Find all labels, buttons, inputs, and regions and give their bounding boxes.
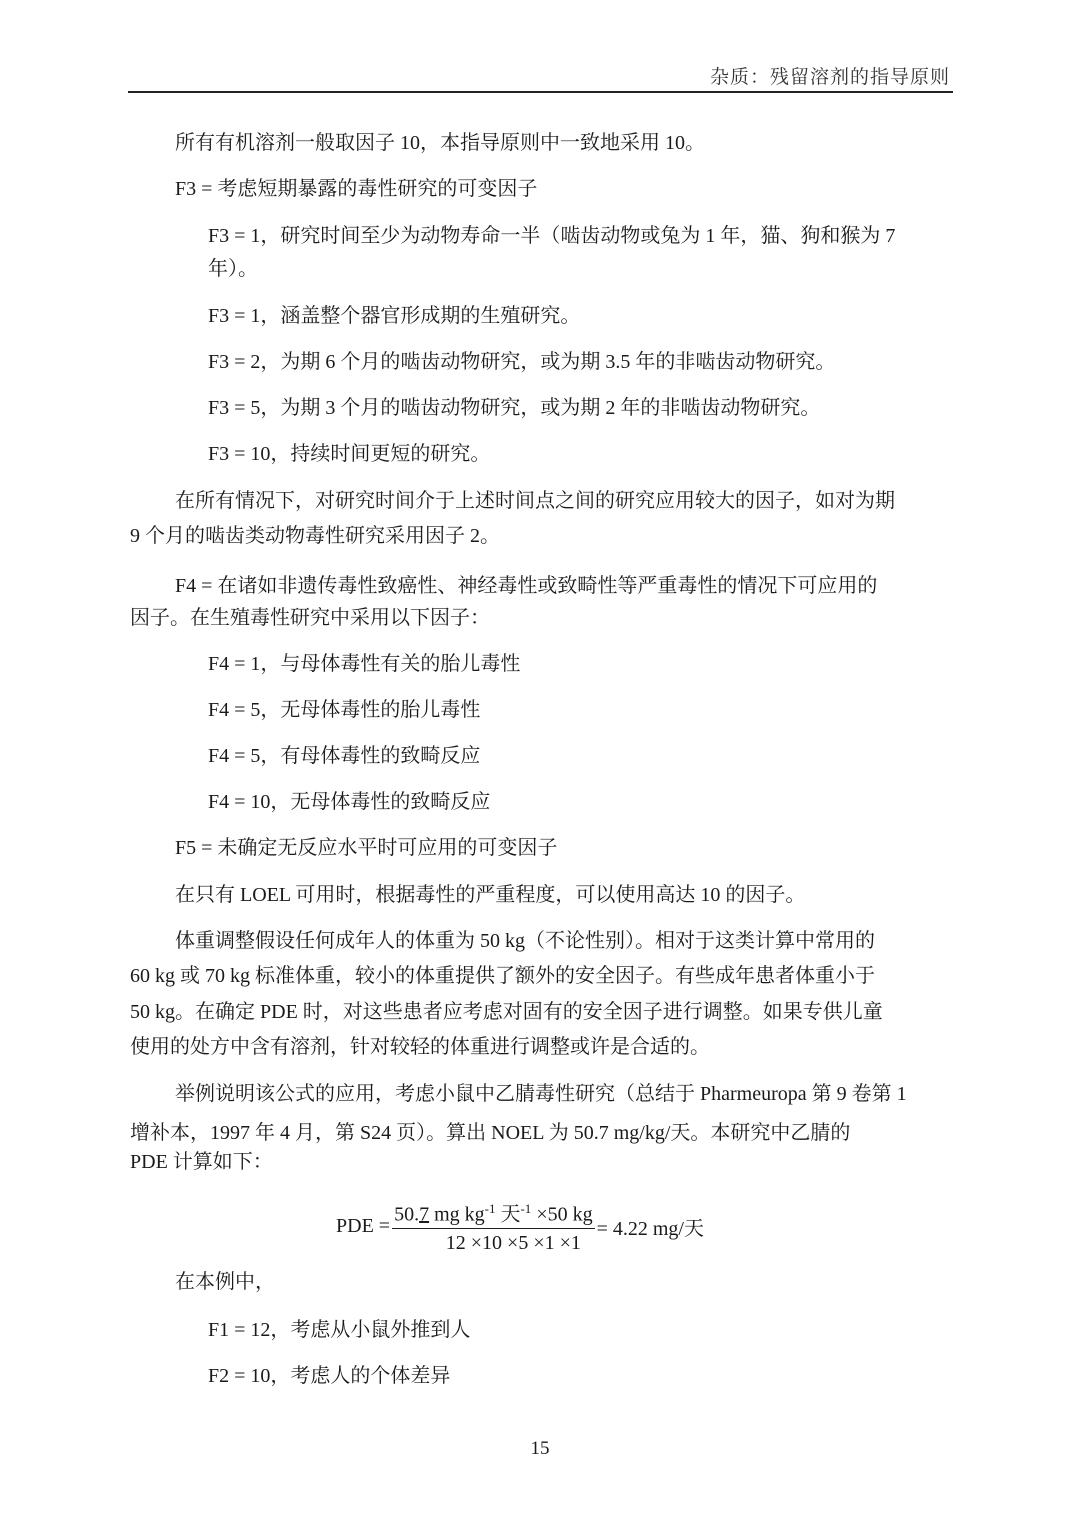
formula-fraction: 50.7 mg kg-1 天-1 ×50 kg 12 ×10 ×5 ×1 ×1	[392, 1196, 595, 1257]
text-line: 在只有 LOEL 可用时，根据毒性的严重程度，可以使用高达 10 的因子。	[175, 877, 805, 913]
formula-numerator: 50.7 mg kg-1 天-1 ×50 kg	[392, 1196, 595, 1230]
text-line: 因子。在生殖毒性研究中采用以下因子：	[130, 600, 490, 636]
header-divider	[128, 91, 953, 93]
text-line: F3 = 1，涵盖整个器官形成期的生殖研究。	[208, 298, 580, 334]
text-line: 在本例中，	[175, 1264, 275, 1300]
text-line: 9 个月的啮齿类动物毒性研究采用因子 2。	[130, 518, 500, 554]
numerator-exp2: -1	[520, 1201, 531, 1216]
text-line: F1 = 12，考虑从小鼠外推到人	[208, 1312, 470, 1348]
text-line: F4 = 5，有母体毒性的致畸反应	[208, 738, 480, 774]
text-line: F5 = 未确定无反应水平时可应用的可变因子	[175, 830, 557, 866]
numerator-weight: ×50 kg	[531, 1203, 592, 1225]
text-line: PDE 计算如下：	[130, 1144, 273, 1180]
text-line: 体重调整假设任何成年人的体重为 50 kg（不论性别）。相对于这类计算中常用的	[175, 923, 875, 959]
formula-result: = 4.22 mg/天	[597, 1212, 704, 1241]
text-line: F4 = 10，无母体毒性的致畸反应	[208, 784, 490, 820]
numerator-unit-mgkg: mg kg	[429, 1203, 485, 1225]
numerator-unit-day: 天	[495, 1203, 520, 1225]
text-line: F3 = 考虑短期暴露的毒性研究的可变因子	[175, 171, 537, 207]
text-line: 举例说明该公式的应用，考虑小鼠中乙腈毒性研究（总结于 Pharmeuropa 第…	[175, 1076, 907, 1112]
text-line: 年）。	[208, 251, 258, 287]
text-line: 50 kg。在确定 PDE 时，对这些患者应考虑对固有的安全因子进行调整。如果专…	[130, 994, 883, 1030]
text-line: F3 = 1，研究时间至少为动物寿命一半（啮齿动物或兔为 1 年，猫、狗和猴为 …	[208, 218, 895, 254]
text-line: F4 = 在诸如非遗传毒性致癌性、神经毒性或致畸性等严重毒性的情况下可应用的	[175, 568, 877, 604]
text-line: F2 = 10，考虑人的个体差异	[208, 1358, 450, 1394]
formula-lhs: PDE =	[336, 1215, 390, 1238]
numerator-value-dec: 7	[419, 1203, 429, 1225]
text-line: F3 = 2，为期 6 个月的啮齿动物研究，或为期 3.5 年的非啮齿动物研究。	[208, 344, 835, 380]
text-line: F3 = 5，为期 3 个月的啮齿动物研究，或为期 2 年的非啮齿动物研究。	[208, 390, 820, 426]
text-line: F4 = 5，无母体毒性的胎儿毒性	[208, 692, 480, 728]
numerator-exp1: -1	[485, 1201, 496, 1216]
formula-denominator: 12 ×10 ×5 ×1 ×1	[406, 1229, 581, 1256]
text-line: 60 kg 或 70 kg 标准体重，较小的体重提供了额外的安全因子。有些成年患…	[130, 958, 875, 994]
page-number: 15	[0, 1438, 1080, 1460]
text-line: F3 = 10，持续时间更短的研究。	[208, 436, 490, 472]
running-header-title: 杂质：残留溶剂的指导原则	[710, 62, 950, 89]
text-line: 所有有机溶剂一般取因子 10，本指导原则中一致地采用 10。	[175, 125, 705, 161]
text-line: 使用的处方中含有溶剂，针对较轻的体重进行调整或许是合适的。	[130, 1029, 710, 1065]
text-line: 在所有情况下，对研究时间介于上述时间点之间的研究应用较大的因子，如对为期	[175, 483, 895, 519]
pde-formula: PDE = 50.7 mg kg-1 天-1 ×50 kg 12 ×10 ×5 …	[336, 1196, 704, 1256]
text-line: F4 = 1，与母体毒性有关的胎儿毒性	[208, 646, 520, 682]
numerator-value-int: 50.	[394, 1203, 419, 1225]
